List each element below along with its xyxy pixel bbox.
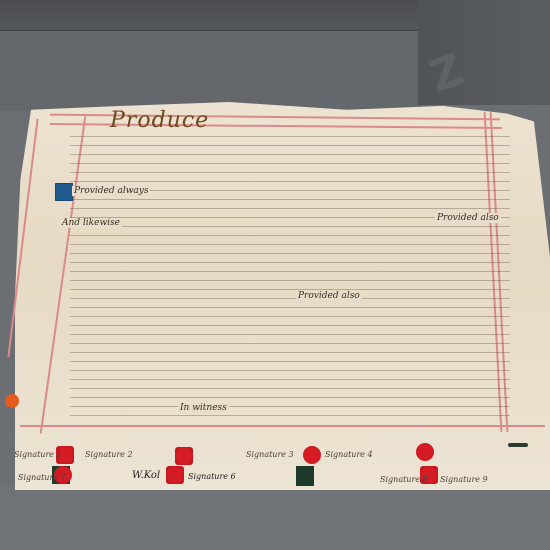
wax-seal bbox=[303, 446, 321, 464]
orange-sticker bbox=[5, 394, 19, 408]
signature: Signature 2 bbox=[85, 450, 133, 459]
subheading-1: Provided always bbox=[72, 186, 150, 196]
tax-stamp bbox=[55, 183, 73, 201]
subheading-5: In witness bbox=[178, 403, 229, 413]
wax-seal bbox=[175, 447, 193, 465]
wax-seal bbox=[166, 466, 184, 484]
subheading-2: And likewise bbox=[60, 218, 122, 228]
subheading-4: Provided also bbox=[296, 291, 362, 301]
signature: Signature 3 bbox=[246, 450, 294, 459]
seal-ribbon bbox=[296, 466, 314, 486]
signature: Signature 7 bbox=[18, 473, 66, 482]
wax-seal bbox=[416, 443, 434, 461]
background-shelf bbox=[0, 30, 420, 111]
seal-tab bbox=[508, 443, 528, 447]
floor-surface bbox=[0, 485, 550, 550]
signature: Signature 9 bbox=[440, 475, 488, 484]
document-heading: Produce bbox=[110, 108, 209, 133]
rule-bottom bbox=[20, 425, 545, 427]
signature: Signature 4 bbox=[325, 450, 373, 459]
signature: Signature 8 bbox=[380, 475, 428, 484]
signature: Signature 1 bbox=[14, 450, 62, 459]
subheading-3: Provided also bbox=[435, 213, 501, 223]
signature: W.Kol bbox=[132, 470, 160, 481]
signature: Signature 6 bbox=[188, 472, 236, 481]
handwritten-text-body bbox=[70, 132, 510, 422]
